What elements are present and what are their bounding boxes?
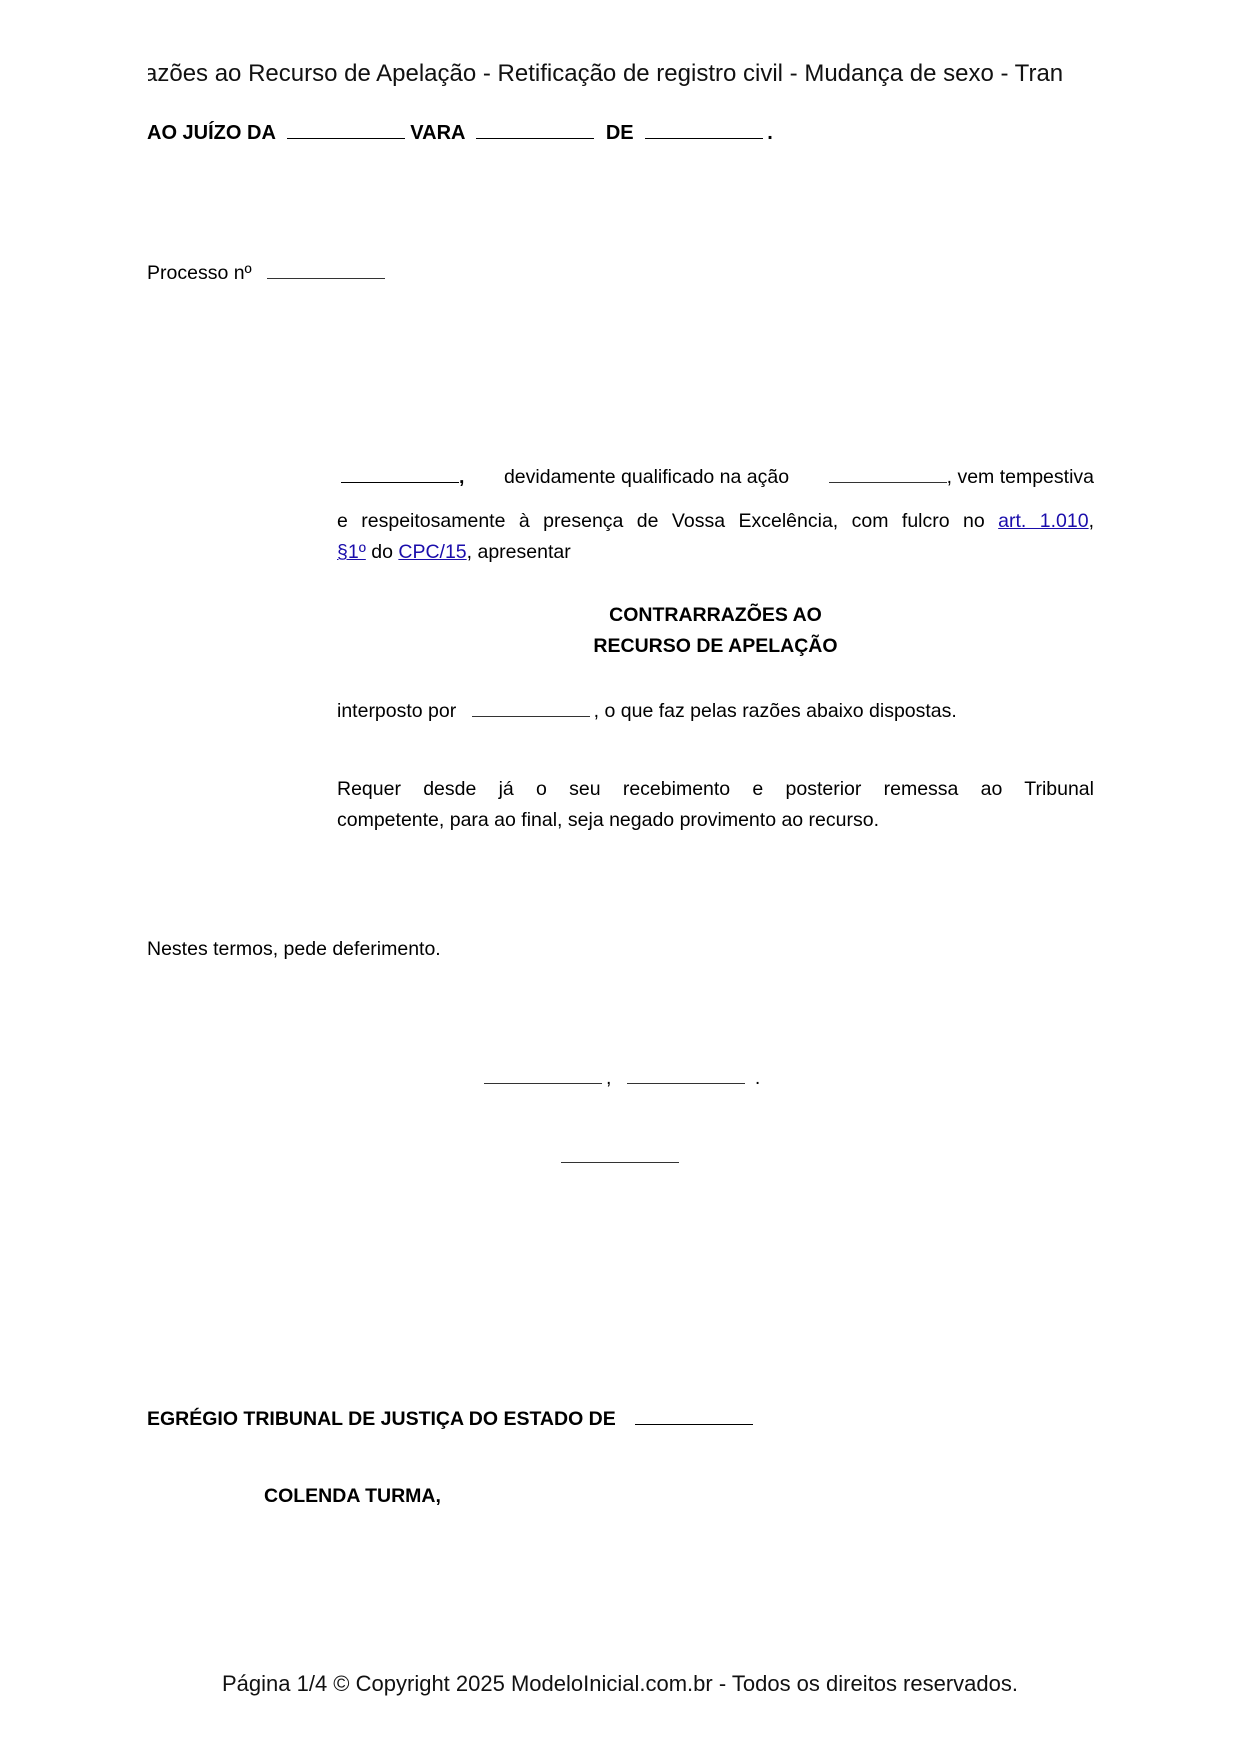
blank-field (645, 137, 763, 139)
interposto-suffix: , o que faz pelas razões abaixo disposta… (594, 700, 957, 722)
intro-line-1: , devidamente qualificado na ação , vem … (337, 466, 1094, 489)
blank-field (829, 481, 947, 483)
tribunal-heading: EGRÉGIO TRIBUNAL DE JUSTIÇA DO ESTADO DE (147, 1408, 753, 1431)
process-number-line: Processo nº (147, 262, 385, 285)
intro-text: do (371, 541, 393, 563)
blank-field (635, 1423, 753, 1425)
signature-line (561, 1146, 679, 1169)
link-cpc-15[interactable]: CPC/15 (398, 541, 466, 563)
address-juizo: AO JUÍZO DA (147, 122, 275, 144)
address-vara: VARA (410, 122, 464, 144)
address-end: . (767, 122, 773, 144)
address-line: AO JUÍZO DA VARA DE . (147, 122, 773, 145)
date-place-line: , . (484, 1067, 760, 1090)
running-header: azões ao Recurso de Apelação - Retificaç… (148, 60, 1098, 88)
link-paragraph-1[interactable]: §1º (337, 541, 366, 563)
intro-line-3: §1º do CPC/15, apresentar (337, 541, 571, 564)
intro-line-2: e respeitosamente à presença de Vossa Ex… (337, 510, 1094, 533)
requer-line-2: competente, para ao final, seja negado p… (337, 809, 879, 832)
document-title-line-2: RECURSO DE APELAÇÃO (337, 635, 1094, 658)
process-label: Processo nº (147, 262, 252, 284)
page-footer: Página 1/4 © Copyright 2025 ModeloInicia… (0, 1671, 1240, 1697)
blank-field (287, 137, 405, 139)
interposto-line: interposto por , o que faz pelas razões … (337, 700, 957, 723)
intro-text: devidamente qualificado na ação (504, 466, 789, 489)
intro-text: e respeitosamente à presença de Vossa Ex… (337, 510, 985, 532)
period: . (755, 1067, 760, 1089)
intro-text: , vem tempestiva (947, 466, 1094, 488)
blank-field (484, 1082, 602, 1084)
closing-text: Nestes termos, pede deferimento. (147, 938, 441, 961)
blank-field (341, 481, 459, 483)
document-title-line-1: CONTRARRAZÕES AO (337, 604, 1094, 627)
address-de: DE (606, 122, 634, 144)
blank-field (476, 137, 594, 139)
tribunal-heading-text: EGRÉGIO TRIBUNAL DE JUSTIÇA DO ESTADO DE (147, 1408, 616, 1430)
colenda-turma: COLENDA TURMA, (264, 1485, 441, 1508)
comma: , (1089, 510, 1094, 532)
comma: , (606, 1067, 611, 1089)
comma: , (459, 466, 464, 488)
blank-field (472, 715, 590, 717)
blank-field (561, 1161, 679, 1163)
requer-line-1: Requer desde já o seu recebimento e post… (337, 778, 1094, 801)
intro-text: , apresentar (467, 541, 571, 563)
blank-field (267, 277, 385, 279)
link-art-1010[interactable]: art. 1.010 (998, 510, 1088, 532)
interposto-prefix: interposto por (337, 700, 456, 722)
running-header-text: azões ao Recurso de Apelação - Retificaç… (148, 60, 1063, 87)
blank-field (627, 1082, 745, 1084)
